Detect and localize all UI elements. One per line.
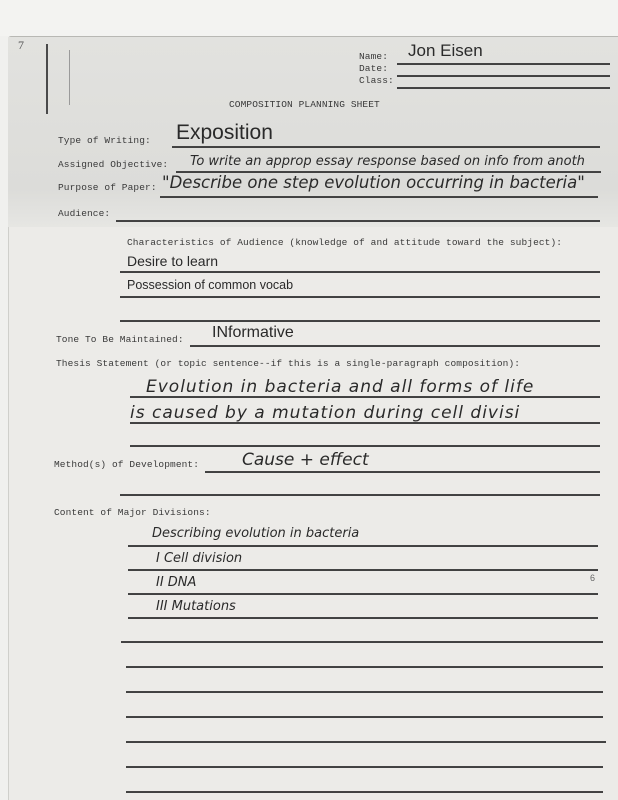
class-line: [397, 87, 610, 89]
content-rule-10: [126, 766, 603, 768]
name-value[interactable]: Jon Eisen: [408, 41, 483, 61]
content-line-1[interactable]: Describing evolution in bacteria: [152, 526, 359, 541]
method-rule-1: [205, 471, 600, 473]
scan-top-margin: [0, 0, 618, 36]
assigned-objective-value[interactable]: To write an approp essay response based …: [190, 154, 585, 169]
date-line: [397, 75, 610, 77]
type-of-writing-line: [172, 146, 600, 148]
page-mark: 6: [590, 573, 595, 583]
content-rule-4: [128, 617, 598, 619]
content-line-4[interactable]: III Mutations: [156, 599, 236, 614]
corner-mark: 7: [18, 38, 24, 53]
content-rule-11: [126, 791, 603, 793]
content-rule-9: [126, 741, 606, 743]
margin-rule-faint: [69, 50, 70, 105]
type-of-writing-value[interactable]: Exposition: [176, 121, 273, 145]
content-rule-6: [126, 666, 603, 668]
content-rule-1: [128, 545, 598, 547]
purpose-line: [160, 196, 598, 198]
content-label: Content of Major Divisions:: [54, 507, 211, 518]
thesis-line-1[interactable]: Evolution in bacteria and all forms of l…: [146, 377, 534, 397]
thesis-rule-3: [130, 445, 600, 447]
method-rule-2: [120, 494, 600, 496]
thesis-label: Thesis Statement (or topic sentence--if …: [56, 358, 520, 369]
name-label: Name:: [359, 51, 388, 62]
class-label: Class:: [359, 75, 394, 86]
date-label: Date:: [359, 63, 388, 74]
tone-value[interactable]: INformative: [212, 324, 294, 342]
characteristics-rule-1: [120, 271, 600, 273]
content-rule-8: [126, 716, 603, 718]
thesis-rule-2: [130, 422, 600, 424]
assigned-objective-label: Assigned Objective:: [58, 159, 168, 170]
thesis-rule-1: [130, 396, 600, 398]
characteristics-line-2[interactable]: Possession of common vocab: [127, 278, 293, 292]
margin-rule: [46, 44, 48, 114]
content-line-3[interactable]: II DNA: [156, 575, 196, 590]
type-of-writing-label: Type of Writing:: [58, 135, 151, 146]
thesis-line-2[interactable]: is caused by a mutation during cell divi…: [130, 403, 520, 423]
purpose-value[interactable]: "Describe one step evolution occurring i…: [162, 173, 585, 192]
content-rule-2: [128, 569, 598, 571]
content-rule-5: [121, 641, 603, 643]
tone-line: [190, 345, 600, 347]
photocopy-shading: [8, 37, 618, 227]
content-rule-7: [126, 691, 603, 693]
audience-line: [116, 220, 600, 222]
characteristics-rule-2: [120, 296, 600, 298]
page-title: COMPOSITION PLANNING SHEET: [229, 99, 380, 110]
characteristics-label: Characteristics of Audience (knowledge o…: [127, 237, 562, 248]
method-label: Method(s) of Development:: [54, 459, 199, 470]
tone-label: Tone To Be Maintained:: [56, 334, 184, 345]
method-line-1[interactable]: Cause + effect: [242, 450, 369, 470]
purpose-label: Purpose of Paper:: [58, 182, 157, 193]
content-line-2[interactable]: I Cell division: [156, 551, 242, 566]
characteristics-line-1[interactable]: Desire to learn: [127, 253, 218, 269]
audience-label: Audience:: [58, 208, 110, 219]
name-line: [397, 63, 610, 65]
characteristics-rule-3: [120, 320, 600, 322]
content-rule-3: [128, 593, 598, 595]
